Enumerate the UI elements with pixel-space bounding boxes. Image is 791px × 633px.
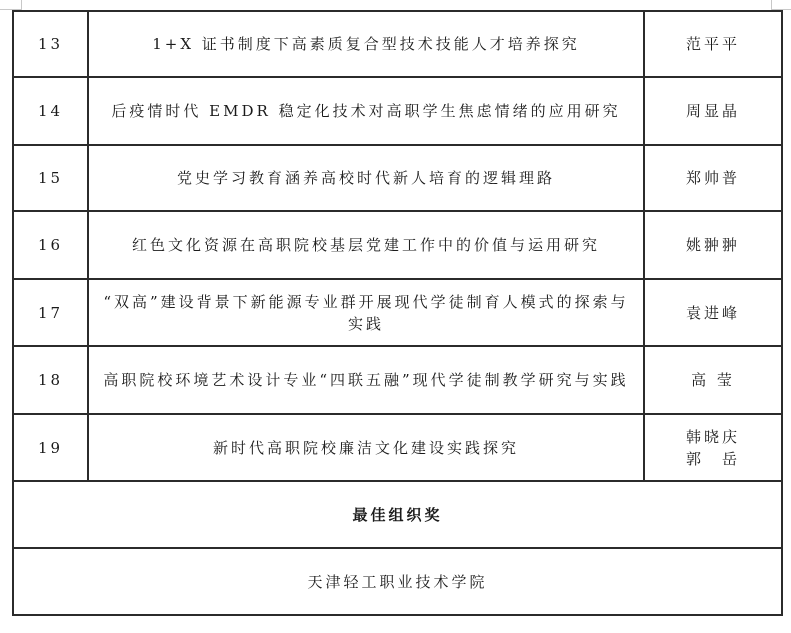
- author-cell: 袁进峰: [644, 279, 782, 346]
- author-name: 范平平: [645, 33, 781, 55]
- page-corner-mark-left: [0, 0, 22, 10]
- project-title-cell: 党史学习教育涵养高校时代新人培育的逻辑理路: [88, 145, 644, 211]
- project-title-cell: “双高”建设背景下新能源专业群开展现代学徒制育人模式的探索与实践: [88, 279, 644, 346]
- row-number-cell: 17: [13, 279, 88, 346]
- row-number-cell: 18: [13, 346, 88, 414]
- project-title-cell: 后疫情时代 EMDR 稳定化技术对高职学生焦虑情绪的应用研究: [88, 77, 644, 145]
- page-corner-mark-right: [771, 0, 791, 10]
- row-number-cell: 15: [13, 145, 88, 211]
- project-title-cell: 高职院校环境艺术设计专业“四联五融”现代学徒制教学研究与实践: [88, 346, 644, 414]
- author-cell: 范平平: [644, 11, 782, 77]
- row-number-cell: 13: [13, 11, 88, 77]
- table-row: 131+X 证书制度下高素质复合型技术技能人才培养探究范平平: [13, 11, 782, 77]
- award-table-body: 131+X 证书制度下高素质复合型技术技能人才培养探究范平平14后疫情时代 EM…: [13, 11, 782, 615]
- table-row: 18高职院校环境艺术设计专业“四联五融”现代学徒制教学研究与实践高 莹: [13, 346, 782, 414]
- author-cell: 郑帅普: [644, 145, 782, 211]
- author-name: 郭 岳: [645, 448, 781, 470]
- project-title-cell: 1+X 证书制度下高素质复合型技术技能人才培养探究: [88, 11, 644, 77]
- table-row: 15党史学习教育涵养高校时代新人培育的逻辑理路郑帅普: [13, 145, 782, 211]
- author-name: 姚翀翀: [645, 234, 781, 256]
- author-cell: 高 莹: [644, 346, 782, 414]
- table-row: 17“双高”建设背景下新能源专业群开展现代学徒制育人模式的探索与实践袁进峰: [13, 279, 782, 346]
- author-name: 袁进峰: [645, 302, 781, 324]
- author-name: 韩晓庆: [645, 426, 781, 448]
- award-table: 131+X 证书制度下高素质复合型技术技能人才培养探究范平平14后疫情时代 EM…: [12, 10, 783, 616]
- author-cell: 韩晓庆郭 岳: [644, 414, 782, 481]
- section-header-row: 最佳组织奖: [13, 481, 782, 548]
- section-title: 最佳组织奖: [13, 481, 782, 548]
- organization-name: 天津轻工职业技术学院: [13, 548, 782, 615]
- author-cell: 姚翀翀: [644, 211, 782, 279]
- project-title-cell: 红色文化资源在高职院校基层党建工作中的价值与运用研究: [88, 211, 644, 279]
- organization-row: 天津轻工职业技术学院: [13, 548, 782, 615]
- project-title-cell: 新时代高职院校廉洁文化建设实践探究: [88, 414, 644, 481]
- author-name: 周显晶: [645, 100, 781, 122]
- table-row: 14后疫情时代 EMDR 稳定化技术对高职学生焦虑情绪的应用研究周显晶: [13, 77, 782, 145]
- table-row: 16红色文化资源在高职院校基层党建工作中的价值与运用研究姚翀翀: [13, 211, 782, 279]
- table-row: 19新时代高职院校廉洁文化建设实践探究韩晓庆郭 岳: [13, 414, 782, 481]
- author-name: 高 莹: [645, 369, 781, 391]
- row-number-cell: 14: [13, 77, 88, 145]
- author-name: 郑帅普: [645, 167, 781, 189]
- author-cell: 周显晶: [644, 77, 782, 145]
- row-number-cell: 16: [13, 211, 88, 279]
- row-number-cell: 19: [13, 414, 88, 481]
